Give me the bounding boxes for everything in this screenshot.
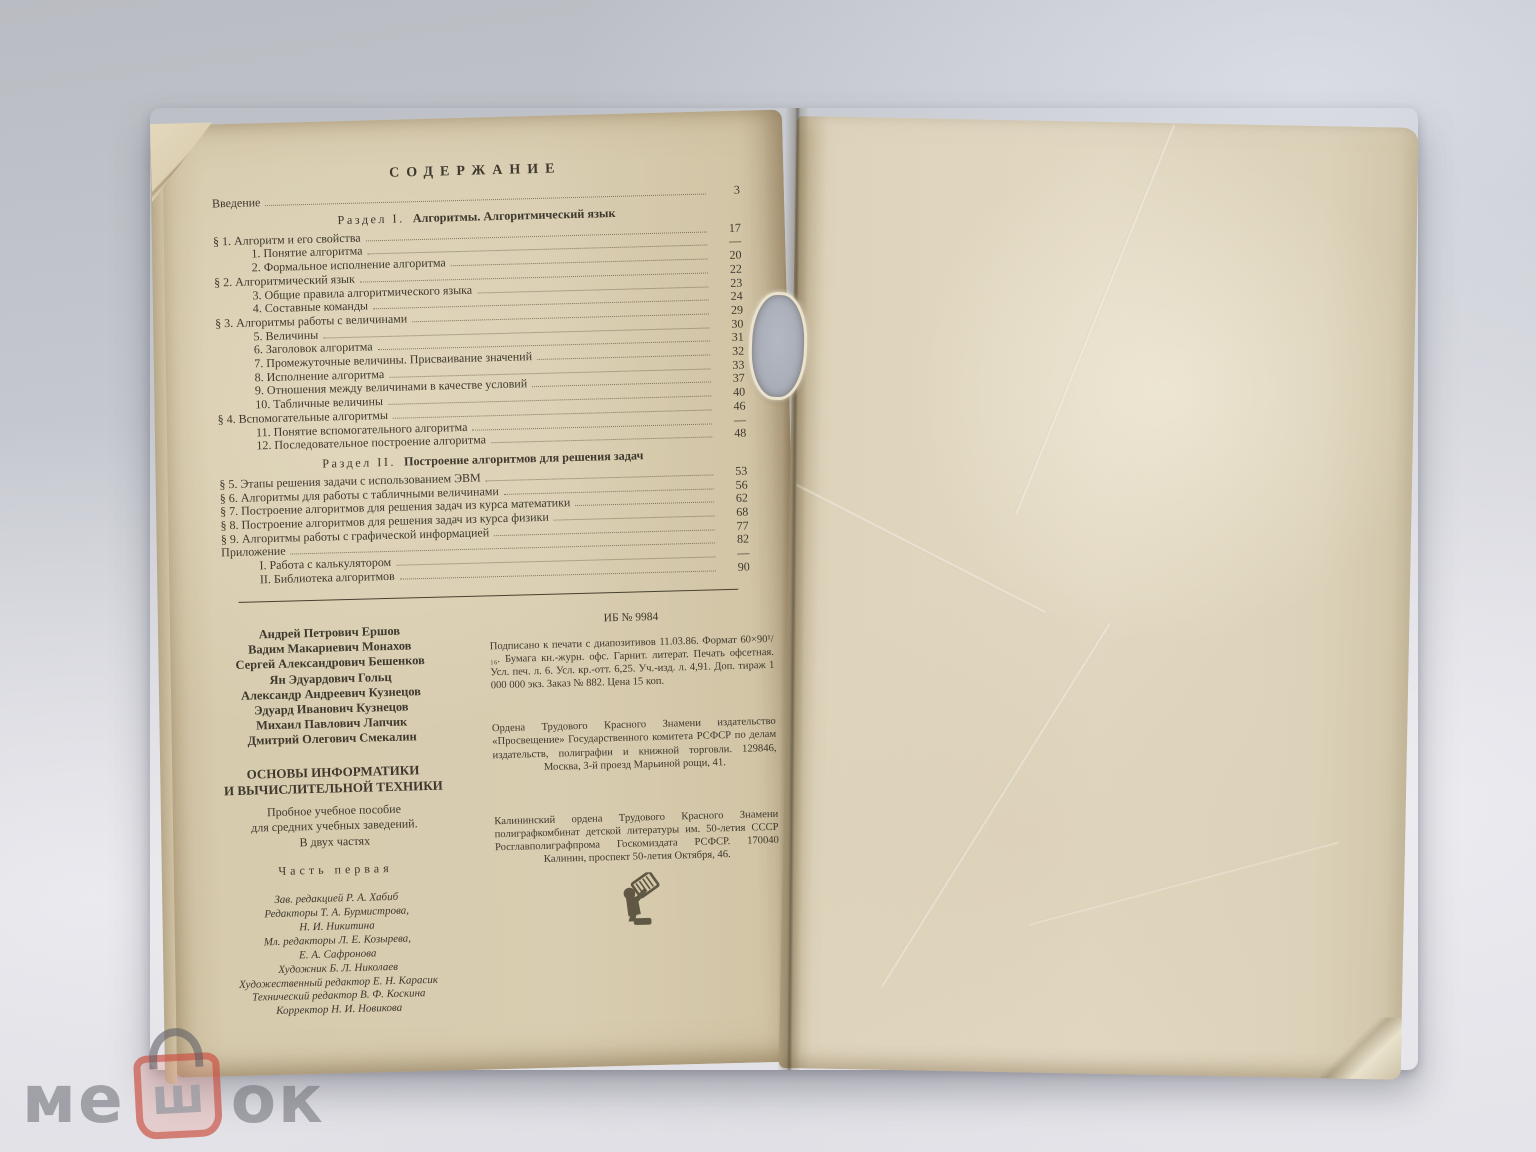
toc-leader-dots (400, 570, 716, 579)
imprint-right-column: ИБ № 9984 Подписано к печати с диапозити… (489, 608, 783, 1014)
publisher-info: Ордена Трудового Красного Знамени издате… (492, 715, 777, 775)
toc-entry-page: 3 (710, 184, 740, 198)
toc-section2-list: § 5. Этапы решения задачи с использовани… (219, 464, 750, 587)
ib-number: ИБ № 9984 (489, 608, 773, 627)
toc-title: СОДЕРЖАНИЕ (211, 157, 739, 187)
printer-info: Калининский ордена Трудового Красного Зн… (494, 808, 779, 868)
imprint-block: Андрей Петрович ЕршовВадим Макариевич Мо… (175, 608, 787, 1022)
logo-wrap (496, 869, 781, 937)
table-of-contents: СОДЕРЖАНИЕ Введение 3 Раздел I. Алгоритм… (211, 157, 750, 603)
meshok-watermark: ме ш ок (22, 1058, 325, 1142)
toc-leader-dots (575, 502, 714, 507)
corner-fold (150, 122, 214, 202)
page-crease (1014, 124, 1176, 515)
imprint-divider (238, 588, 738, 602)
book-title: ОСНОВЫ ИНФОРМАТИКИ И ВЫЧИСЛИТЕЛЬНОЙ ТЕХН… (179, 760, 488, 800)
watermark-bag-icon: ш (133, 1052, 223, 1140)
page-crease (880, 622, 1112, 988)
staff-block: Зав. редакцией Р. А. ХабибРедакторы Т. А… (182, 889, 493, 1022)
left-page: СОДЕРЖАНИЕ Введение 3 Раздел I. Алгоритм… (152, 110, 807, 1078)
authors-block: Андрей Петрович ЕршовВадим Макариевич Мо… (175, 622, 486, 752)
imprint-left-column: Андрей Петрович ЕршовВадим Макариевич Мо… (175, 616, 493, 1022)
part-label: Часть первая (181, 859, 489, 882)
toc-entry-page: 90 (720, 560, 750, 574)
toc-leader-dots (491, 437, 712, 444)
page-crease (1029, 841, 1339, 926)
toc-section1-list: § 1. Алгоритм и его свойства 17 1. Понят… (213, 221, 747, 454)
toc-entry-page: 48 (716, 427, 746, 441)
watermark-bag-letter: ш (150, 1070, 206, 1123)
toc-entry-label: II. Библиотека алгоритмов (260, 570, 395, 587)
book-subtitle: Пробное учебное пособиедля средних учебн… (180, 799, 489, 854)
right-page (779, 116, 1419, 1080)
toc-entry-label: Введение (212, 196, 261, 211)
photo-background: СОДЕРЖАНИЕ Введение 3 Раздел I. Алгоритм… (0, 0, 1536, 1152)
watermark-text-left: ме (22, 1067, 125, 1133)
page-crease (795, 483, 1046, 614)
print-info: Подписано к печати с диапозитивов 11.03.… (490, 633, 775, 693)
prosveshchenie-logo-icon (615, 872, 662, 929)
watermark-text-right: ок (231, 1067, 325, 1133)
